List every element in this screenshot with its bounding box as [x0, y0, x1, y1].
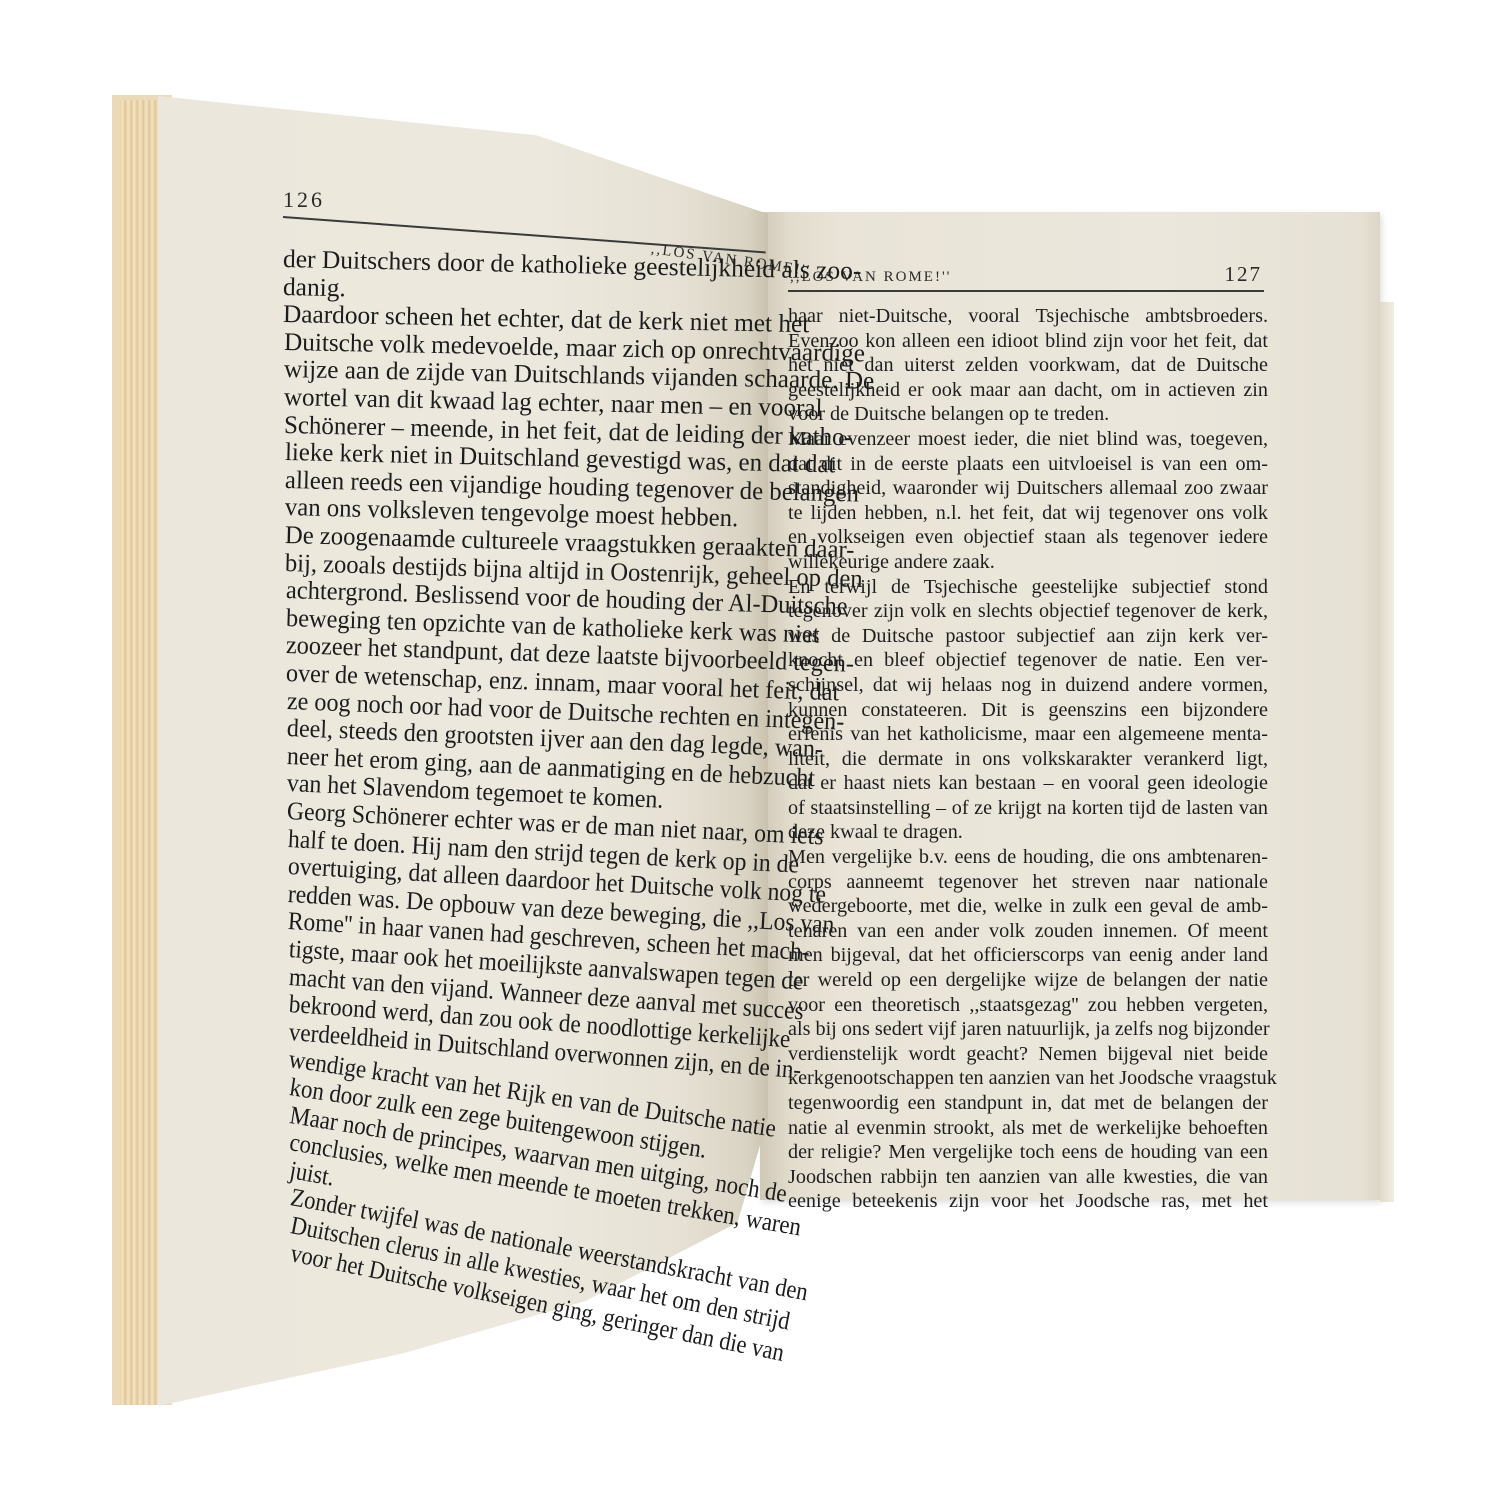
text-line: Men vergelijke b.v. eens de houding, die…	[788, 845, 1268, 870]
right-page: ,,LOS VAN ROME!'' 127 haar niet-Duitsche…	[760, 212, 1380, 1200]
running-head: ,,LOS VAN ROME!''	[790, 269, 951, 286]
text-line: corps aanneemt tegenover het streven naa…	[788, 870, 1268, 895]
text-line: Evenzoo kon alleen een idioot blind zijn…	[788, 329, 1268, 354]
text-line: der religie? Men vergelijke toch eens de…	[788, 1140, 1268, 1165]
text-line: voor de Duitsche belangen op te treden.	[788, 402, 1268, 427]
text-line: ter wereld op een dergelijke wijze de be…	[788, 968, 1268, 993]
text-line: erfenis van het katholicisme, maar een a…	[788, 722, 1268, 747]
text-line: liteit, die dermate in ons volkskarakter…	[788, 747, 1268, 772]
text-line: men bijgeval, dat het officierscorps van…	[788, 943, 1268, 968]
text-line: schijnsel, dat wij helaas nog in duizend…	[788, 673, 1268, 698]
text-line: haar niet-Duitsche, vooral Tsjechische a…	[788, 304, 1268, 329]
text-line: dat dit in de eerste plaats een uitvloei…	[788, 452, 1268, 477]
page-fore-edge	[120, 100, 162, 1405]
text-line: Joodschen rabbijn ten aanzien van alle k…	[788, 1165, 1268, 1190]
text-line: dat er haast niets kan bestaan – en voor…	[788, 771, 1268, 796]
text-line: deze kwaal te dragen.	[788, 820, 1268, 845]
text-line: te lijden hebben, n.l. het feit, dat wij…	[788, 501, 1268, 526]
text-line: kunnen constateeren. Dit is geenszins ee…	[788, 698, 1268, 723]
right-page-body: haar niet-Duitsche, vooral Tsjechische a…	[788, 304, 1268, 1214]
text-line: wedergeboorte, met die, welke in zulk ee…	[788, 894, 1268, 919]
text-line: kerkgenootschappen ten aanzien van het J…	[788, 1066, 1268, 1091]
text-line: verdienstelijk wordt geacht? Nemen bijge…	[788, 1042, 1268, 1067]
right-page-header: ,,LOS VAN ROME!'' 127	[790, 262, 1262, 287]
text-line: willekeurige andere zaak.	[788, 550, 1268, 575]
left-page	[158, 96, 768, 1406]
text-line: geestelijkheid er ook maar aan dacht, om…	[788, 378, 1268, 403]
open-book: ,,LOS VAN ROME!'' 127 haar niet-Duitsche…	[0, 0, 1496, 1496]
text-line: voor een theoretisch ,,staatsgezag'' zou…	[788, 993, 1268, 1018]
text-line: natie al evenmin strookt, als met de wer…	[788, 1116, 1268, 1141]
text-line: Maar evenzeer moest ieder, die niet blin…	[788, 427, 1268, 452]
text-line: knocht en bleef objectief tegenover de n…	[788, 648, 1268, 673]
text-line: was de Duitsche pastoor subjectief aan z…	[788, 624, 1268, 649]
text-line: tegenwoordig een standpunt in, dat met d…	[788, 1091, 1268, 1116]
text-line: als bij ons sedert vijf jaren natuurlijk…	[788, 1017, 1268, 1042]
right-page-under-sheets	[1380, 302, 1394, 1202]
text-line: tenaren van een ander volk zouden inneme…	[788, 919, 1268, 944]
text-line: En terwijl de Tsjechische geestelijke su…	[788, 575, 1268, 600]
text-line: standigheid, waaronder wij Duitschers al…	[788, 476, 1268, 501]
text-line: of staatsinstelling – of ze krijgt na ko…	[788, 796, 1268, 821]
text-line: tegenover zijn volk en slechts objectief…	[788, 599, 1268, 624]
header-rule	[788, 290, 1264, 292]
text-line: het niet dan uiterst zelden voorkwam, da…	[788, 353, 1268, 378]
text-line: eenige beteekenis zijn voor het Joodsche…	[788, 1189, 1268, 1214]
page-number: 127	[1225, 262, 1263, 287]
text-line: en volkseigen even objectief staan als t…	[788, 525, 1268, 550]
